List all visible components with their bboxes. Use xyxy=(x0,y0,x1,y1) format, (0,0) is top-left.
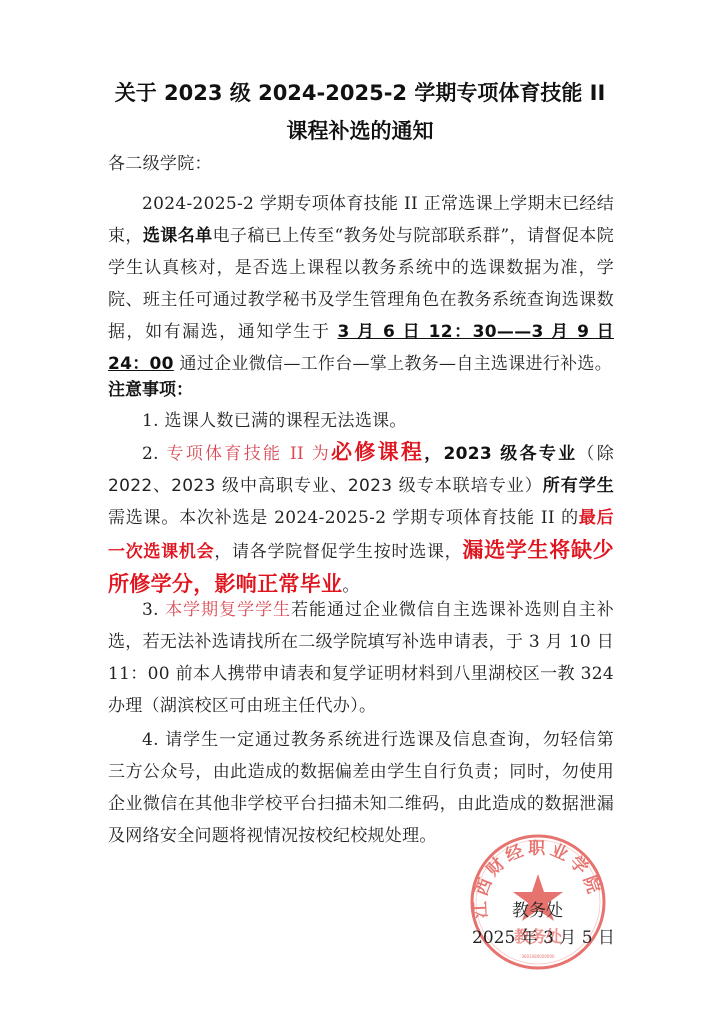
salutation: 各二级学院： xyxy=(108,148,614,180)
notice-item-1: 1. 选课人数已满的课程无法选课。 xyxy=(108,405,614,437)
item2-text-2: ，请各学院督促学生按时选课， xyxy=(214,542,462,562)
intro-text-3: 通过企业微信—工作台—掌上教务—自主选课进行补选。 xyxy=(174,354,612,374)
intro-bold-course-list: 选课名单 xyxy=(143,226,213,246)
item3-returning-students: 本学期复学学生 xyxy=(165,600,291,620)
item2-course-name: 专项体育技能 II 为 xyxy=(167,444,331,464)
notice-heading: 注意事项： xyxy=(108,375,193,400)
item2-sep: ， xyxy=(424,444,443,464)
item2-number: 2. xyxy=(142,444,167,464)
item2-all-students: 所有学生 xyxy=(543,476,614,496)
signature-office: 教务处 xyxy=(512,896,563,921)
item2-end: 。 xyxy=(342,576,359,596)
notice-item-2: 2. 专项体育技能 II 为必修课程，2023 级各专业（除 2022、2023… xyxy=(108,436,614,602)
document-title-line2: 课程补选的通知 xyxy=(0,115,720,145)
notice-document: 关于 2023 级 2024-2025-2 学期专项体育技能 II 课程补选的通… xyxy=(0,0,720,1018)
document-title-line1: 关于 2023 级 2024-2025-2 学期专项体育技能 II xyxy=(0,77,720,107)
item2-required-course: 必修课程 xyxy=(331,440,424,464)
intro-paragraph: 2024-2025-2 学期专项体育技能 II 正常选课上学期末已经结束，选课名… xyxy=(108,188,614,380)
signature-date: 2025 年 3 月 5 日 xyxy=(472,923,615,948)
item2-grade-majors: 2023 级各专业 xyxy=(444,444,578,464)
item2-text: 需选课。本次补选是 2024-2025-2 学期专项体育技能 II 的 xyxy=(108,508,579,528)
svg-text:3601080000000: 3601080000000 xyxy=(521,954,555,959)
item3-number: 3. xyxy=(142,600,165,620)
notice-item-3: 3. 本学期复学学生若能通过企业微信自主选课补选则自主补选，若无法补选请找所在二… xyxy=(108,594,614,722)
